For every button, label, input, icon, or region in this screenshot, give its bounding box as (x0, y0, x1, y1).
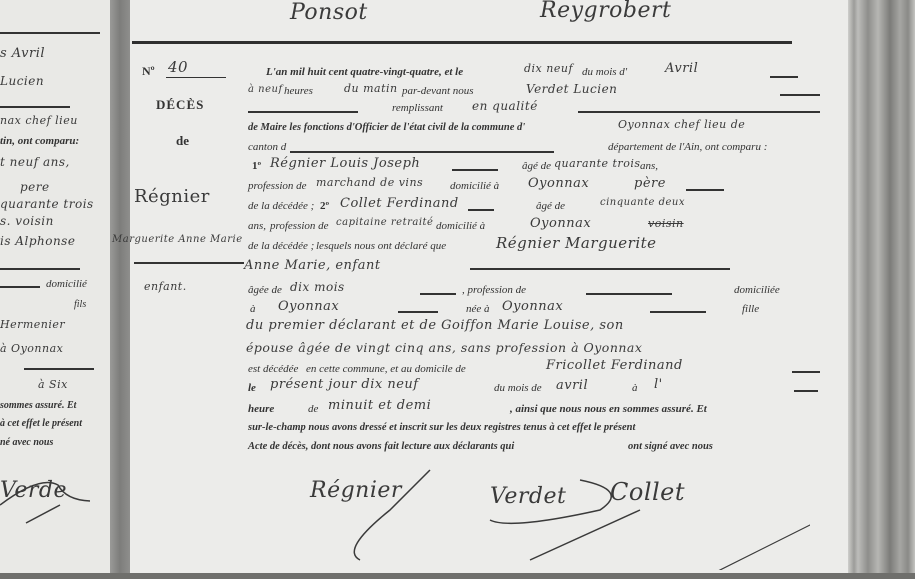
deceased-domicile: Oyonnax (278, 299, 339, 314)
left-fragment-text: pere (20, 180, 50, 194)
divider (794, 390, 818, 392)
parents-line: du premier déclarant et de Goiffon Marie… (246, 318, 624, 333)
left-fragment-text: sommes assuré. Et (0, 400, 76, 411)
printed-text: de Maire les fonctions d'Officier de l'é… (248, 122, 525, 133)
divider (0, 268, 80, 270)
death-hour: l' (654, 377, 663, 392)
declarant2-name: Collet Ferdinand (340, 196, 459, 211)
deceased-name-cont: Anne Marie, enfant (244, 258, 381, 273)
left-fragment-text: à cet effet le présent (0, 418, 82, 429)
field-role: en qualité (472, 99, 538, 113)
divider (290, 151, 554, 153)
left-fragment-text: s Avril (0, 46, 45, 61)
divider (470, 268, 730, 270)
printed-text: heure (248, 403, 274, 415)
printed-text: de (308, 403, 318, 415)
printed-text: de la décédée ; (248, 240, 314, 252)
printed-text: , ainsi que nous nous en sommes assuré. … (510, 403, 707, 415)
margin-de: de (176, 133, 189, 149)
left-fragment-text: à Six (38, 378, 68, 391)
printed-text: heures (284, 85, 313, 97)
printed-text: sur-le-champ nous avons dressé et inscri… (248, 422, 635, 433)
left-fragment-text: à Oyonnax (0, 342, 63, 355)
left-fragment-text: quarante trois (0, 197, 94, 211)
printed-text: lesquels nous ont déclaré que (316, 240, 446, 252)
printed-text: 2º (320, 200, 329, 212)
divider (0, 106, 70, 108)
printed-text: domicilié à (436, 220, 485, 232)
printed-text: ans, (248, 220, 266, 232)
divider (452, 169, 498, 171)
printed-text: département de l'Ain, ont comparu : (608, 141, 767, 153)
book-page-edges (848, 0, 915, 579)
divider (586, 293, 672, 295)
deceased-name: Régnier Marguerite (496, 234, 657, 252)
left-fragment-text: tin, ont comparu: (0, 135, 79, 147)
printed-text: remplissant (392, 102, 443, 114)
margin-given-names: Marguerite Anne Marie (112, 234, 243, 245)
declarant1-age: quarante trois (554, 157, 640, 170)
divider (780, 94, 820, 96)
printed-text: , profession de (462, 284, 526, 296)
left-fragment-text: t neuf ans, (0, 155, 70, 169)
printed-text: domicilié à (450, 180, 499, 192)
left-page-fragment: s Avril Lucien nax chef lieu tin, ont co… (0, 0, 112, 579)
death-month: avril (556, 378, 588, 393)
divider (398, 311, 438, 313)
printed-text: profession de (270, 220, 329, 232)
printed-text: profession de (248, 180, 307, 192)
parents-line: épouse âgée de vingt cinq ans, sans prof… (246, 340, 642, 355)
field-period: du matin (344, 82, 398, 95)
divider (578, 111, 820, 113)
printed-text: du mois de (494, 382, 542, 394)
signature-flourish-icon (330, 450, 810, 570)
top-rule (132, 41, 792, 44)
margin-status: enfant. (144, 280, 187, 293)
death-day: présent jour dix neuf (270, 377, 419, 392)
printed-text: fille (742, 303, 759, 315)
left-fragment-text: Hermenier (0, 318, 65, 331)
field-day: dix neuf (524, 62, 573, 75)
declarant2-domicile: Oyonnax (530, 216, 591, 231)
divider (468, 209, 494, 211)
record-number-label: Nº (142, 64, 155, 79)
left-fragment-text: nax chef lieu (0, 114, 78, 127)
field-official: Verdet Lucien (526, 82, 617, 96)
divider (248, 111, 358, 113)
margin-surname: Régnier (134, 186, 210, 207)
printed-text: est décédée (248, 363, 298, 375)
divider (792, 371, 820, 373)
divider (770, 76, 798, 78)
left-fragment-text: is Alphonse (0, 234, 75, 248)
left-fragment-text: domicilié (46, 278, 87, 290)
declarant1-profession: marchand de vins (316, 176, 423, 189)
declarant2-relation: voisin (648, 217, 684, 230)
right-page: Ponsot Reygrobert Nº 40 DÉCÈS de Régnier… (130, 0, 848, 579)
deceased-birthplace: Oyonnax (502, 299, 563, 314)
printed-text: âgé de (536, 200, 565, 212)
record-type: DÉCÈS (156, 97, 204, 113)
left-fragment-text: fils (74, 299, 86, 310)
declarant1-name: Régnier Louis Joseph (270, 156, 420, 171)
divider (24, 368, 94, 370)
printed-text: ans, (640, 160, 658, 172)
divider (650, 311, 706, 313)
printed-text: âgée de (248, 284, 282, 296)
declarant1-relation: père (634, 176, 666, 191)
printed-text: L'an mil huit cent quatre-vingt-quatre, … (266, 66, 463, 78)
left-fragment-text: né avec nous (0, 437, 53, 448)
top-signature: Ponsot (290, 0, 368, 25)
left-fragment-text: Lucien (0, 74, 44, 88)
top-signature: Reygrobert (540, 0, 671, 23)
bottom-shadow (0, 573, 915, 579)
printed-text: canton d (248, 141, 286, 153)
printed-text: le (248, 382, 256, 394)
deceased-age: dix mois (290, 280, 345, 294)
divider (686, 189, 724, 191)
divider (134, 262, 244, 264)
printed-text: âgé de (522, 160, 551, 172)
printed-text: en cette commune, et au domicile de (306, 363, 466, 375)
divider (420, 293, 456, 295)
divider (0, 286, 40, 288)
signature-flourish-icon (0, 465, 110, 525)
printed-text: à (250, 303, 256, 315)
book-gutter (110, 0, 130, 579)
field-hour: à neuf (248, 84, 283, 95)
field-month: Avril (665, 61, 698, 76)
death-time: minuit et demi (328, 398, 431, 413)
printed-text: née à (466, 303, 490, 315)
printed-text: par-devant nous (402, 85, 474, 97)
divider (0, 32, 100, 34)
declarant1-domicile: Oyonnax (528, 176, 589, 191)
record-number: 40 (168, 58, 188, 76)
divider (166, 77, 226, 78)
printed-text: à (632, 382, 638, 394)
death-place: Fricollet Ferdinand (546, 358, 683, 373)
printed-text: 1º (252, 160, 261, 172)
printed-text: du mois d' (582, 66, 627, 78)
declarant2-profession: capitaine retraité (336, 217, 433, 228)
left-fragment-text: s. voisin (0, 214, 54, 228)
printed-text: domiciliée (734, 284, 780, 296)
field-commune: Oyonnax chef lieu de (618, 118, 745, 131)
declarant2-age: cinquante deux (600, 197, 685, 208)
printed-text: de la décédée ; (248, 200, 314, 212)
